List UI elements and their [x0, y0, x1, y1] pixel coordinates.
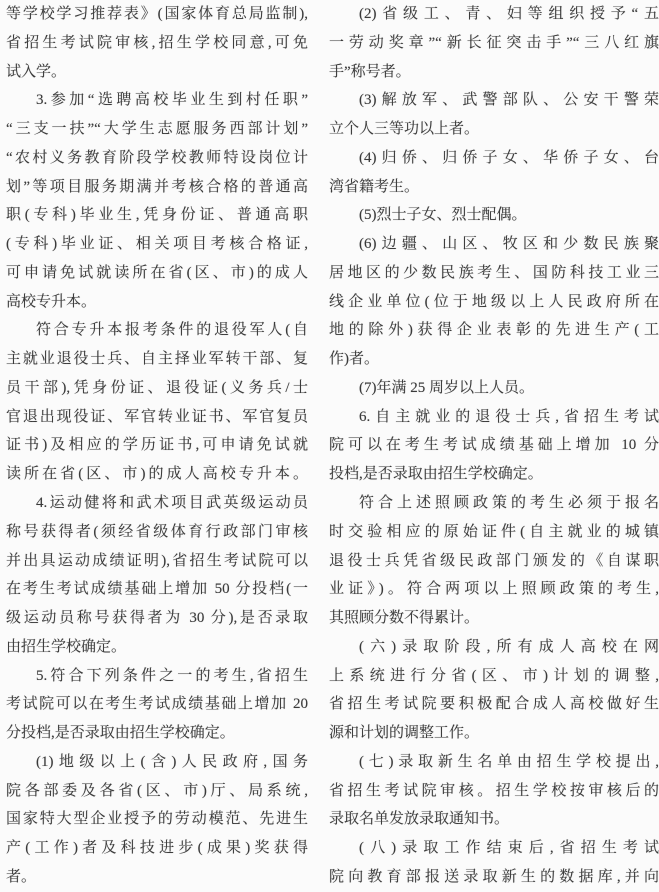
text-line: 其照顾分数不得累计。 — [329, 604, 659, 633]
text-line: 省招生考试院审核,招生学校同意,可免 — [6, 29, 308, 58]
text-line: 立个人三等功以上者。 — [329, 115, 659, 144]
text-line: 由招生学校确定。 — [6, 633, 308, 662]
text-column-left: 等学校学习推荐表》(国家体育总局监制),省招生考试院审核,招生学校同意,可免试入… — [6, 0, 308, 892]
text-line: 一劳动奖章”“新长征突击手”“三八红旗 — [329, 29, 659, 58]
text-line: 退役士兵凭省级民政部门颁发的《自谋职 — [329, 547, 659, 576]
text-line: 居地区的少数民族考生、国防科技工业三 — [329, 259, 659, 288]
document-page: 等学校学习推荐表》(国家体育总局监制),省招生考试院审核,招生学校同意,可免试入… — [0, 0, 659, 892]
text-line: 考试院可以在考生考试成绩基础上增加 20 — [6, 690, 308, 719]
text-line: 证书)及相应的学历证书,可申请免试就 — [6, 431, 308, 460]
text-line: 等学校学习推荐表》(国家体育总局监制), — [6, 0, 308, 29]
text-line: 分投档,是否录取由招生学校确定。 — [6, 719, 308, 748]
text-line: 4.运动健将和武术项目武英级运动员 — [6, 489, 308, 518]
text-line: 院向教育部报送录取新生的数据库,并向 — [329, 863, 659, 892]
text-line: 湾省籍考生。 — [329, 173, 659, 202]
text-line: 3.参加“选聘高校毕业生到村任职” — [6, 86, 308, 115]
text-line: 试入学。 — [6, 58, 308, 87]
text-line: 在考生考试成绩基础上增加 50 分投档(一 — [6, 575, 308, 604]
text-line: 并出具运动成绩证明),省招生考试院可以 — [6, 547, 308, 576]
text-line: 手”称号者。 — [329, 58, 659, 87]
text-line: 高校专升本。 — [6, 288, 308, 317]
text-line: 读所在省(区、市)的成人高校专升本。 — [6, 460, 308, 489]
text-line: 主就业退役士兵、自主择业军转干部、复 — [6, 345, 308, 374]
text-line: 符合上述照顾政策的考生必须于报名 — [329, 489, 659, 518]
text-line: 业证》)。符合两项以上照顾政策的考生, — [329, 575, 659, 604]
text-line: 录取名单发放录取通知书。 — [329, 805, 659, 834]
text-line: 作)者。 — [329, 345, 659, 374]
text-line: (3)解放军、武警部队、公安干警荣 — [329, 86, 659, 115]
text-line: (4)归侨、归侨子女、华侨子女、台 — [329, 144, 659, 173]
text-line: 6.自主就业的退役士兵,省招生考试 — [329, 403, 659, 432]
text-line: “农村义务教育阶段学校教师特设岗位计 — [6, 144, 308, 173]
text-line: (6)边疆、山区、牧区和少数民族聚 — [329, 230, 659, 259]
text-line: 时交验相应的原始证件(自主就业的城镇 — [329, 518, 659, 547]
text-line: 员干部),凭身份证、退役证(义务兵/士 — [6, 374, 308, 403]
text-column-right: (2)省级工、青、妇等组织授予“五一劳动奖章”“新长征突击手”“三八红旗手”称号… — [329, 0, 659, 892]
text-line: 者。 — [6, 863, 308, 892]
text-line: “三支一扶”“大学生志愿服务西部计划” — [6, 115, 308, 144]
text-line: 符合专升本报考条件的退役军人(自 — [6, 316, 308, 345]
text-line: 5.符合下列条件之一的考生,省招生 — [6, 662, 308, 691]
text-line: 线企业单位(位于地级以上人民政府所在 — [329, 288, 659, 317]
text-line: 官退出现役证、军官转业证书、军官复员 — [6, 403, 308, 432]
text-line: 称号获得者(须经省级体育行政部门审核 — [6, 518, 308, 547]
text-line: 国家特大型企业授予的劳动模范、先进生 — [6, 805, 308, 834]
text-line: (六)录取阶段,所有成人高校在网 — [329, 633, 659, 662]
text-line: (7)年满 25 周岁以上人员。 — [329, 374, 659, 403]
text-line: 产(工作)者及科技进步(成果)奖获得 — [6, 834, 308, 863]
text-line: 投档,是否录取由招生学校确定。 — [329, 460, 659, 489]
text-line: (专科)毕业证、相关项目考核合格证, — [6, 230, 308, 259]
text-line: 省招生考试院要积极配合成人高校做好生 — [329, 690, 659, 719]
text-line: 上系统进行分省(区、市)计划的调整, — [329, 662, 659, 691]
text-line: 院各部委及各省(区、市)厅、局系统, — [6, 777, 308, 806]
text-line: (2)省级工、青、妇等组织授予“五 — [329, 0, 659, 29]
text-line: 可申请免试就读所在省(区、市)的成人 — [6, 259, 308, 288]
text-line: 职(专科)毕业生,凭身份证、普通高职 — [6, 201, 308, 230]
text-line: 省招生考试院审核。招生学校按审核后的 — [329, 777, 659, 806]
text-line: 地的除外)获得企业表彰的先进生产(工 — [329, 316, 659, 345]
text-line: (1)地级以上(含)人民政府,国务 — [6, 748, 308, 777]
text-line: 院可以在考生考试成绩基础上增加 10 分 — [329, 431, 659, 460]
text-line: (八)录取工作结束后,省招生考试 — [329, 834, 659, 863]
text-line: 级运动员称号获得者为 30 分),是否录取 — [6, 604, 308, 633]
text-line: (5)烈士子女、烈士配偶。 — [329, 201, 659, 230]
text-line: 源和计划的调整工作。 — [329, 719, 659, 748]
text-line: 划”等项目服务期满并考核合格的普通高 — [6, 173, 308, 202]
text-line: (七)录取新生名单由招生学校提出, — [329, 748, 659, 777]
